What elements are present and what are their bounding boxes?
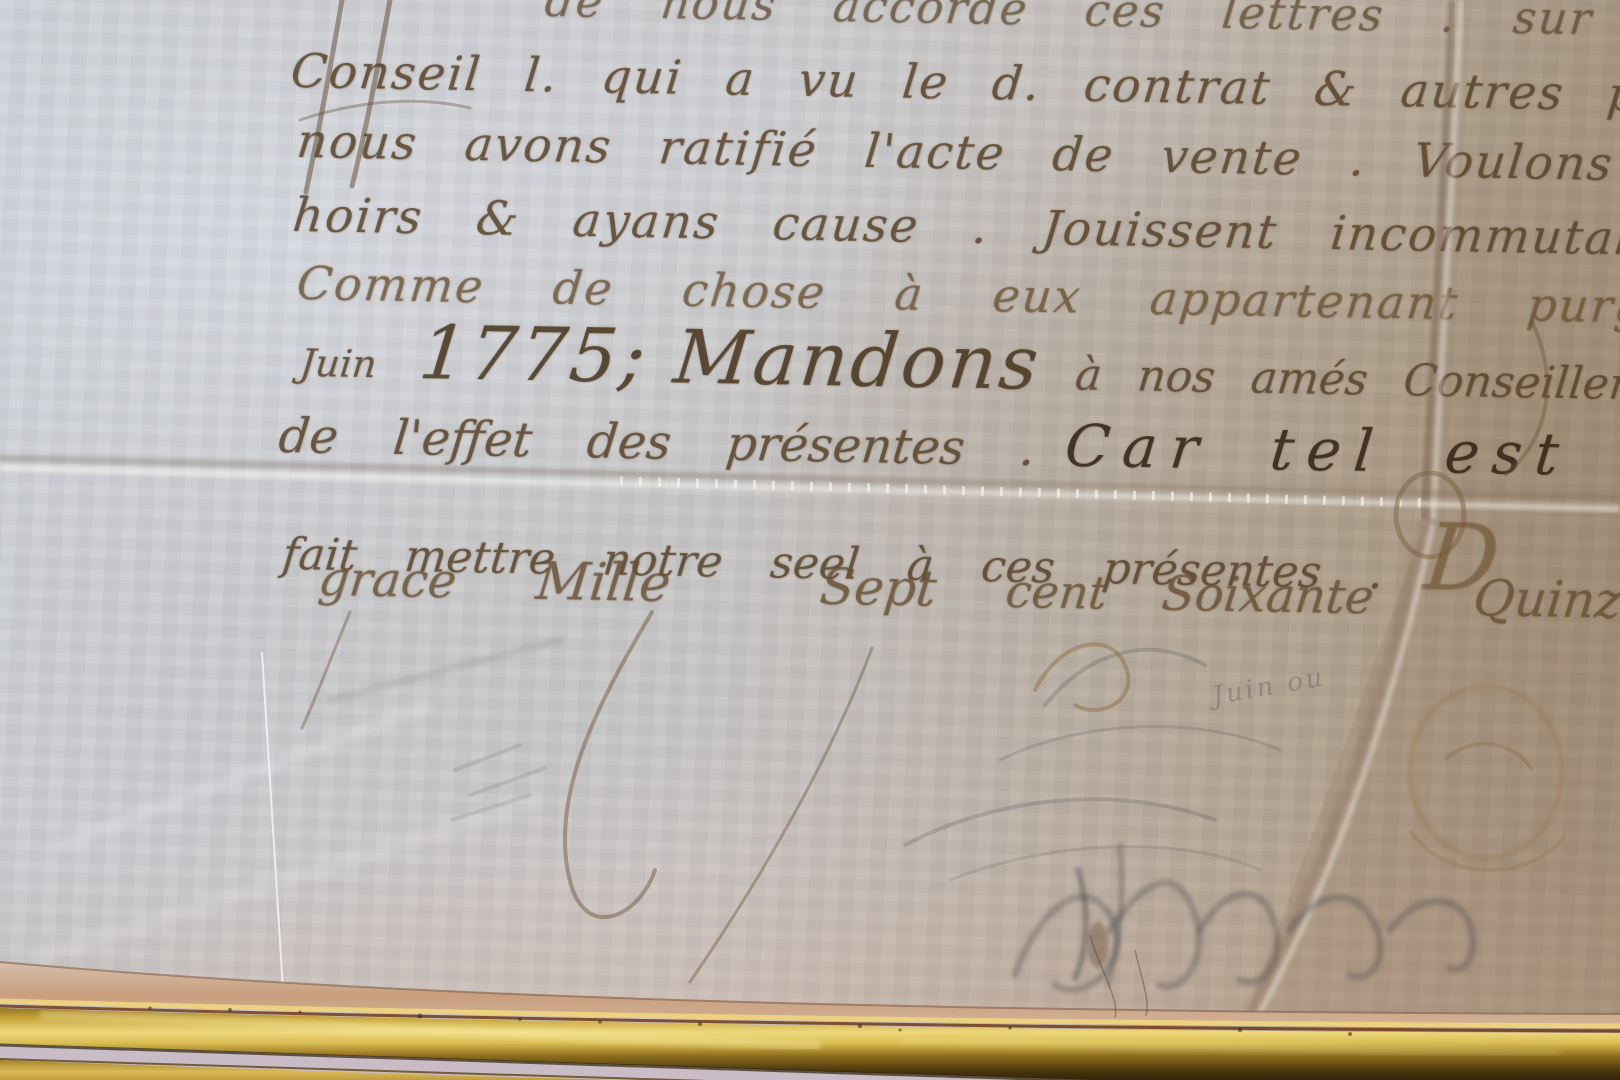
line-text-emphasis: Car tel est n (1062, 412, 1620, 491)
framed-manuscript-photo: de nous accordé ces lettres . sur ce Con… (0, 0, 1620, 1080)
line-text: grace (316, 551, 459, 609)
manuscript-line: hoirs & ayans cause . Jouissent incommut… (290, 188, 1620, 270)
line-text: à nos amés Conseillers (1073, 349, 1620, 410)
line-text: de nous accordé ces lettres . sur ce (542, 0, 1620, 47)
manuscript-line: de nous accordé ces lettres . sur ce (542, 0, 1620, 47)
line-text: Sept (817, 558, 939, 618)
line-text: Conseil l. qui a vu le d. contrat & autr… (288, 44, 1620, 125)
line-text: de l'effet des présentes . (276, 408, 1038, 477)
line-text: nous avons ratifié l'acte de vente . Vou… (294, 114, 1620, 194)
line-text: cent (1003, 564, 1110, 620)
line-text: Quinze (1471, 569, 1620, 630)
manuscript-text: de nous accordé ces lettres . sur ce Con… (0, 0, 1620, 1080)
line-text-emphasis: 1775; Mandons (415, 310, 1045, 407)
line-text: Mille (533, 552, 673, 614)
line-text: hoirs & ayans cause . Jouissent incommut… (290, 188, 1620, 270)
line-text: Juin (298, 341, 379, 386)
line-text: Soixante (1159, 566, 1376, 626)
manuscript-line: nous avons ratifié l'acte de vente . Vou… (294, 114, 1620, 194)
manuscript-line: Conseil l. qui a vu le d. contrat & autr… (288, 44, 1620, 125)
